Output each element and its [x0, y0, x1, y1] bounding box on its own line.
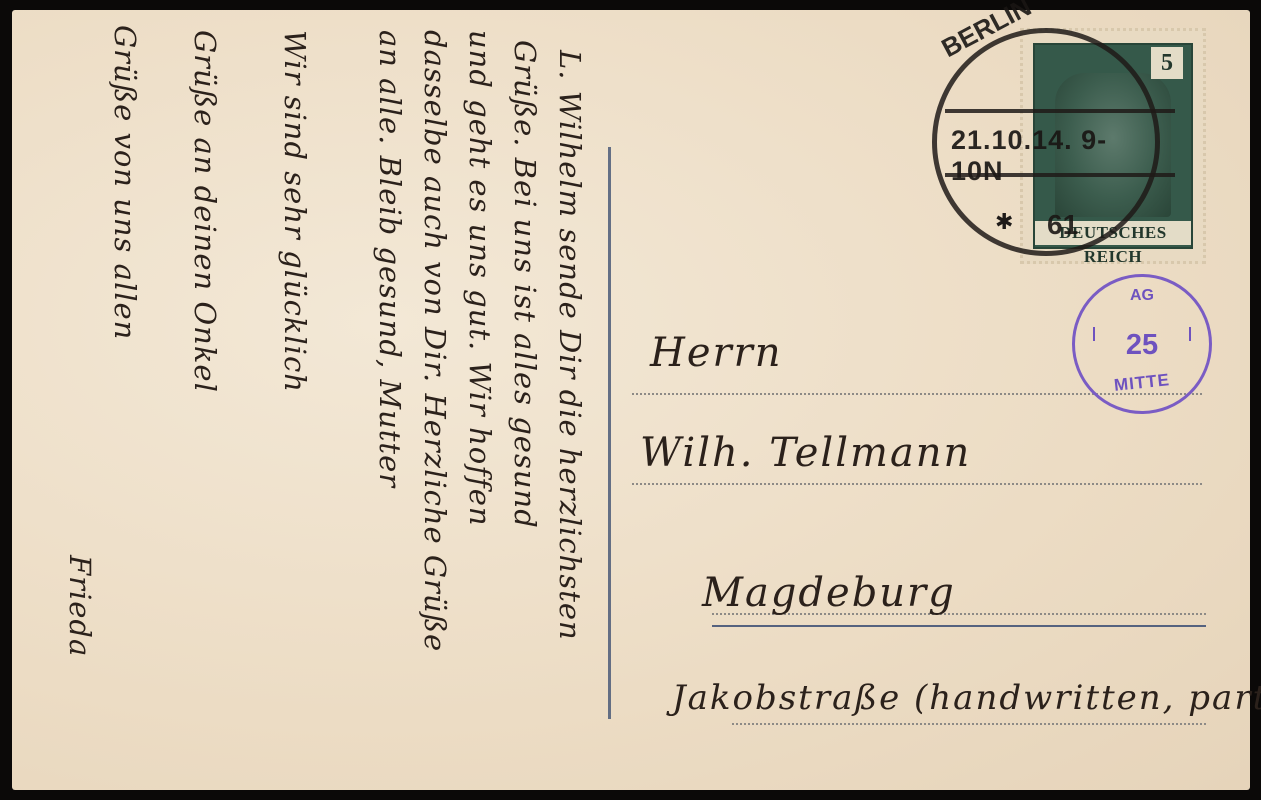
recipient-name: Wilh. Tellmann: [640, 430, 971, 476]
postmark-star-icon: ✱: [995, 209, 1013, 235]
message-line: dasselbe auch von Dir. Herzliche Grüße: [418, 30, 452, 652]
recipient-salutation: Herrn: [650, 330, 783, 376]
message-line: und geht es uns gut. Wir hoffen: [463, 30, 497, 527]
censor-top-text: AG: [1075, 287, 1209, 305]
city-underline: [712, 625, 1206, 627]
message-line: Grüße an deinen Onkel: [188, 30, 222, 393]
address-line-2: [632, 483, 1202, 485]
censor-bottom-text: MITTE: [1074, 366, 1209, 400]
stamp-value: 5: [1151, 47, 1183, 79]
postmark-city: BERLIN: [936, 0, 1036, 64]
recipient-street: Jakobstraße (handwritten, partly illegib…: [672, 678, 1261, 718]
postmark-date: 21.10.14. 9-10N: [951, 125, 1155, 187]
recipient-city: Magdeburg: [702, 570, 956, 616]
address-line-4: [732, 723, 1206, 725]
postmark-bar-top: [945, 109, 1175, 113]
postcard: L. Wilhelm sende Dir die herzlichsten Gr…: [12, 10, 1250, 790]
berlin-postmark: BERLIN 21.10.14. 9-10N ✱ 61: [932, 28, 1160, 256]
message-line: Grüße. Bei uns ist alles gesund: [508, 40, 542, 529]
censor-mark: AG 25 MITTE: [1072, 274, 1212, 414]
postmark-bar-bottom: [945, 173, 1175, 177]
center-divider-line: [608, 147, 611, 719]
message-line: L. Wilhelm sende Dir die herzlichsten: [553, 50, 587, 641]
message-line: Grüße von uns allen: [108, 25, 142, 340]
postmark-district: 61: [1047, 209, 1078, 241]
message-line: an alle. Bleib gesund, Mutter: [373, 30, 407, 488]
censor-tick-right: [1189, 327, 1191, 341]
message-line: Wir sind sehr glücklich: [278, 30, 312, 393]
message-signature: Frieda: [63, 555, 97, 657]
